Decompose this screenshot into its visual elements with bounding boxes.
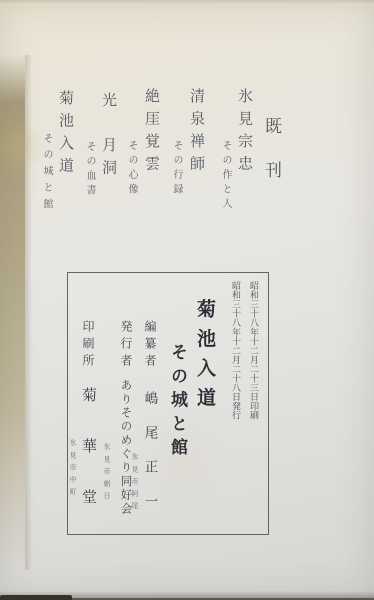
print-date: 昭和三十八年十二月二十三日印刷 xyxy=(249,281,258,420)
printer-name: 菊華堂 xyxy=(80,387,95,540)
book-subtitle: その作と人 xyxy=(220,140,230,213)
section-title: 既刊 xyxy=(263,117,280,205)
book-page-photo: 既刊 氷見宗忠 その作と人 清泉禅師 その行録 絶厓覚雲 その心像 光 月洞 そ… xyxy=(0,0,374,600)
issue-date: 昭和三十八年十二月二十八日発行 xyxy=(231,281,240,420)
colophon-box: 昭和三十八年十二月二十三日印刷 昭和三十八年十二月二十八日発行 菊池入道 その城… xyxy=(67,272,269,535)
book-title: 氷見宗忠 xyxy=(236,88,251,178)
book-title: 光 月洞 xyxy=(100,92,115,182)
book-title: 絶厓覚雲 xyxy=(143,88,158,178)
book-subtitle: その城と館 xyxy=(41,133,51,215)
book-title: 清泉禅師 xyxy=(188,88,203,178)
editor-address: 氷見市阿尾 xyxy=(131,453,138,514)
book-title: 菊池入道 xyxy=(57,90,72,180)
book-subtitle: その心像 xyxy=(126,140,136,198)
book-subtitle: その血書 xyxy=(84,141,94,199)
paper-stain xyxy=(0,118,44,174)
publisher-label: 発行者 xyxy=(120,320,132,371)
publisher-name: ありそのめぐり同好会 xyxy=(119,379,131,516)
printer-label: 印刷所 xyxy=(82,320,94,371)
book-subtitle: その行録 xyxy=(171,140,181,198)
editor-name: 嶋尾正一 xyxy=(143,391,157,529)
colophon-title-main: 菊池入道 xyxy=(195,299,214,417)
page-top-edge xyxy=(0,0,374,4)
page-bottom-corner-shadow xyxy=(0,595,72,600)
editor-label: 編纂者 xyxy=(144,320,156,371)
publisher-address: 氷見市朝日 xyxy=(103,443,110,504)
printer-address: 氷見市中町 xyxy=(69,439,76,500)
colophon-title-sub: その城と館 xyxy=(169,343,186,462)
